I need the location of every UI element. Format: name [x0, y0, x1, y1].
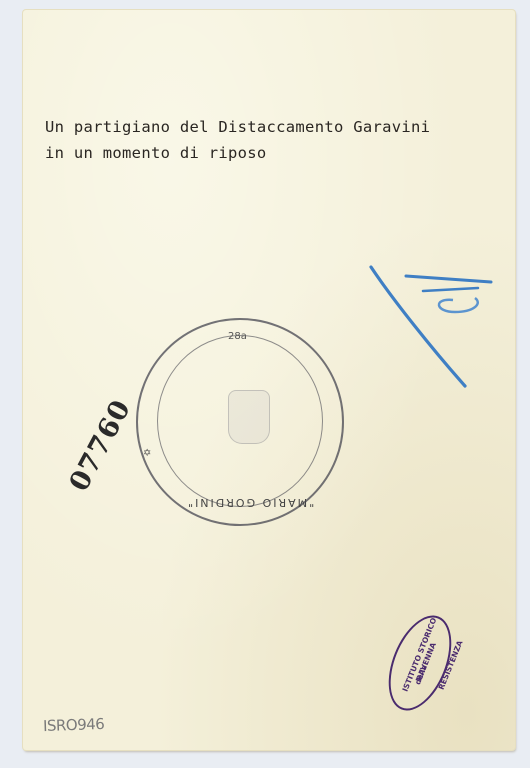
typed-caption: Un partigiano del Distaccamento Garavini…: [45, 114, 430, 166]
institute-line-4: RESISTENZA: [437, 639, 465, 691]
caption-line-2: in un momento di riposo: [45, 140, 430, 166]
stamp-number: 28a: [228, 331, 247, 342]
archive-number: 07760: [64, 395, 138, 497]
stamp-star-icon: ✡: [143, 448, 151, 459]
stamp-emblem: [228, 390, 270, 444]
inventory-code: ISRO946: [43, 715, 105, 735]
round-ink-stamp: 28a ✡ "MARIO GORDINI": [136, 318, 344, 526]
caption-line-1: Un partigiano del Distaccamento Garavini: [45, 114, 430, 140]
photo-back-card: Un partigiano del Distaccamento Garavini…: [23, 10, 515, 750]
institute-stamp: ISTITUTO STORICO RAVENNA della RESISTENZ…: [376, 607, 464, 720]
blue-pencil-icon: [363, 260, 503, 400]
stamp-ring-text: "MARIO GORDINI": [186, 496, 314, 509]
